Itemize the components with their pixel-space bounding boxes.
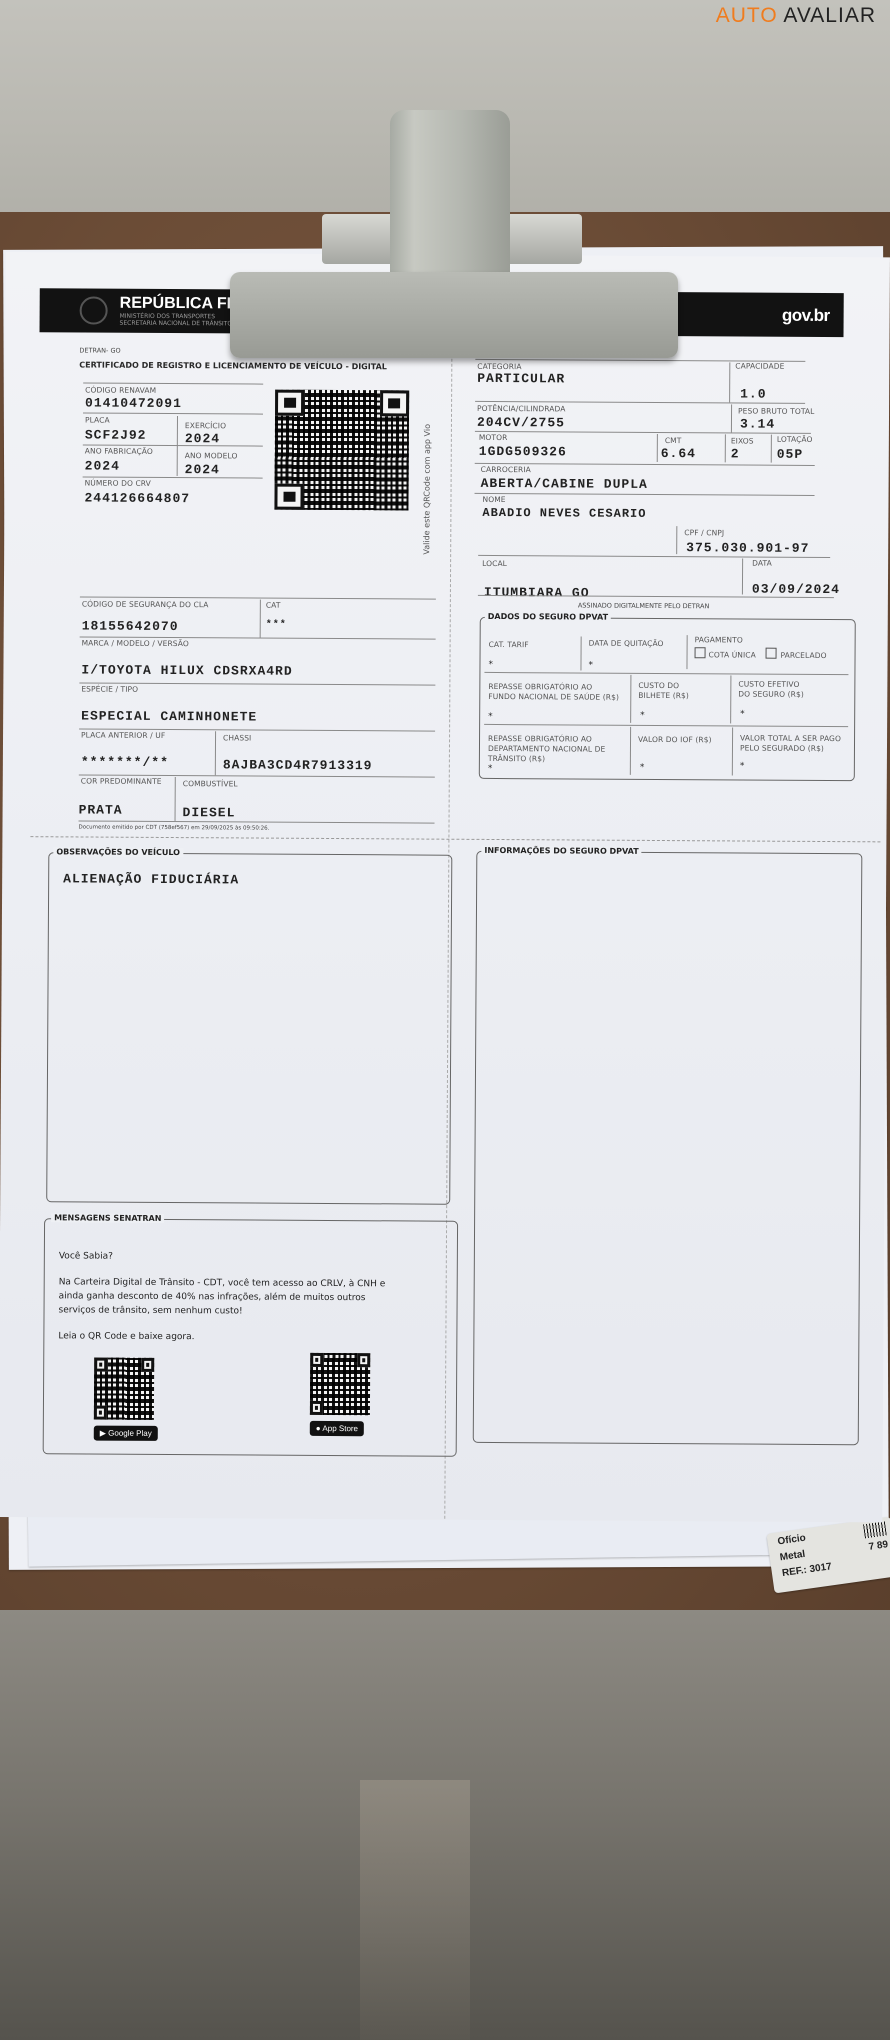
lotacao-value: 05P [777, 447, 803, 462]
barcode-icon [863, 1521, 887, 1538]
ano-modelo-value: 2024 [185, 462, 220, 477]
cor-label: COR PREDOMINANTE [81, 776, 162, 785]
marca-modelo-label: MARCA / MODELO / VERSÃO [82, 638, 189, 648]
crlv-document: REPÚBLICA FEDER MINISTÉRIO DOS TRANSPORT… [0, 252, 890, 1522]
eixos-value: 2 [731, 446, 740, 461]
renavam-value: 01410472091 [85, 395, 182, 411]
categoria-label: CATEGORIA [477, 362, 521, 371]
peso-bruto-label: PESO BRUTO TOTAL [738, 406, 814, 415]
motor-value: 1GDG509326 [479, 444, 567, 460]
cpf-value: 375.030.901-97 [686, 540, 809, 556]
govbr-logo: gov.br [782, 306, 830, 326]
exercicio-value: 2024 [185, 431, 220, 446]
surface-reflection [360, 1780, 470, 2040]
cor-value: PRATA [79, 802, 123, 817]
combustivel-value: DIESEL [183, 805, 236, 820]
especie-tipo-label: ESPÉCIE / TIPO [81, 684, 138, 693]
categoria-value: PARTICULAR [477, 371, 565, 387]
cat-tarif-label: CAT. TARIF [489, 640, 529, 649]
app-store-qr-code[interactable] [310, 1353, 370, 1415]
data-label: DATA [752, 559, 772, 568]
carroceria-label: CARROCERIA [481, 465, 531, 474]
google-play-badge[interactable]: ▶ Google Play [94, 1426, 158, 1441]
ano-modelo-label: ANO MODELO [185, 451, 238, 460]
play-icon: ▶ [100, 1429, 106, 1438]
carroceria-value: ABERTA/CABINE DUPLA [481, 476, 648, 492]
dpvat-box: DADOS DO SEGURO DPVAT CAT. TARIF * DATA … [479, 617, 856, 781]
issuer-label: DETRAN- GO [79, 346, 120, 354]
brasao-icon [80, 296, 108, 324]
potencia-value: 204CV/2755 [477, 415, 565, 431]
exercicio-label: EXERCÍCIO [185, 421, 226, 430]
cat-label: CAT [266, 601, 281, 610]
ano-fabricacao-value: 2024 [85, 458, 120, 473]
senatran-box: MENSAGENS SENATRAN Você Sabia? Na Cartei… [43, 1218, 458, 1457]
parcelado-checkbox[interactable] [766, 648, 777, 659]
local-value: ITUMBIARA GO [484, 585, 590, 601]
autoavaliar-watermark: AUTO AVALIAR [716, 4, 876, 28]
cla-value: 18155642070 [82, 618, 179, 634]
potencia-label: POTÊNCIA/CILINDRADA [477, 404, 565, 414]
clip-jaw [230, 272, 678, 358]
numero-crv-label: NÚMERO DO CRV [85, 478, 151, 487]
placa-value: SCF2J92 [85, 427, 147, 442]
capacidade-label: CAPACIDADE [735, 361, 784, 370]
pagamento-label: PAGAMENTO [695, 635, 743, 644]
nome-value: ABADIO NEVES CESARIO [482, 506, 646, 521]
local-label: LOCAL [482, 559, 507, 568]
lotacao-label: LOTAÇÃO [777, 435, 813, 444]
fold-line-horizontal [30, 836, 880, 842]
data-quitacao-label: DATA DE QUITAÇÃO [589, 639, 664, 648]
observacoes-box: OBSERVAÇÕES DO VEÍCULO ALIENAÇÃO FIDUCIÁ… [46, 852, 452, 1204]
placa-anterior-value: *******/** [81, 754, 169, 770]
cota-unica-checkbox[interactable] [695, 647, 706, 658]
chassi-label: CHASSI [223, 733, 251, 742]
google-play-qr-code[interactable] [94, 1358, 154, 1420]
cla-label: CÓDIGO DE SEGURANÇA DO CLA [82, 599, 209, 609]
placa-anterior-label: PLACA ANTERIOR / UF [81, 730, 165, 740]
nome-label: NOME [482, 495, 505, 504]
marca-modelo-value: I/TOYOTA HILUX CDSRXA4RD [81, 662, 292, 678]
especie-tipo-value: ESPECIAL CAMINHONETE [81, 708, 257, 724]
chassi-value: 8AJBA3CD4R7913319 [223, 757, 373, 773]
cat-value: *** [266, 620, 287, 631]
qr-caption: Valide este QRCode com app Vio [422, 424, 432, 555]
ano-fabricacao-label: ANO FABRICAÇÃO [85, 446, 153, 455]
crlv-qr-code[interactable] [274, 390, 409, 511]
document-title: CERTIFICADO DE REGISTRO E LICENCIAMENTO … [79, 360, 387, 371]
capacidade-value: 1.0 [740, 386, 766, 401]
motor-label: MOTOR [479, 433, 508, 442]
cpf-label: CPF / CNPJ [684, 528, 724, 537]
emission-note: Documento emitido por CDT (758ef567) em … [78, 824, 269, 831]
numero-crv-value: 244126664807 [84, 490, 190, 506]
data-value: 03/09/2024 [752, 582, 840, 598]
observacoes-value: ALIENAÇÃO FIDUCIÁRIA [63, 871, 239, 887]
ministry-lines: MINISTÉRIO DOS TRANSPORTES SECRETARIA NA… [120, 313, 233, 328]
peso-bruto-value: 3.14 [740, 416, 775, 431]
renavam-label: CÓDIGO RENAVAM [85, 385, 156, 394]
signed-note: ASSINADO DIGITALMENTE PELO DETRAN [578, 601, 710, 610]
cmt-label: CMT [665, 436, 682, 445]
combustivel-label: COMBUSTÍVEL [183, 779, 238, 788]
eixos-label: EIXOS [731, 436, 754, 445]
app-store-badge[interactable]: ● App Store [310, 1421, 364, 1436]
placa-label: PLACA [85, 415, 110, 424]
cmt-value: 6.64 [661, 446, 696, 461]
info-dpvat-box: INFORMAÇÕES DO SEGURO DPVAT [473, 851, 863, 1445]
apple-icon: ● [316, 1424, 321, 1433]
